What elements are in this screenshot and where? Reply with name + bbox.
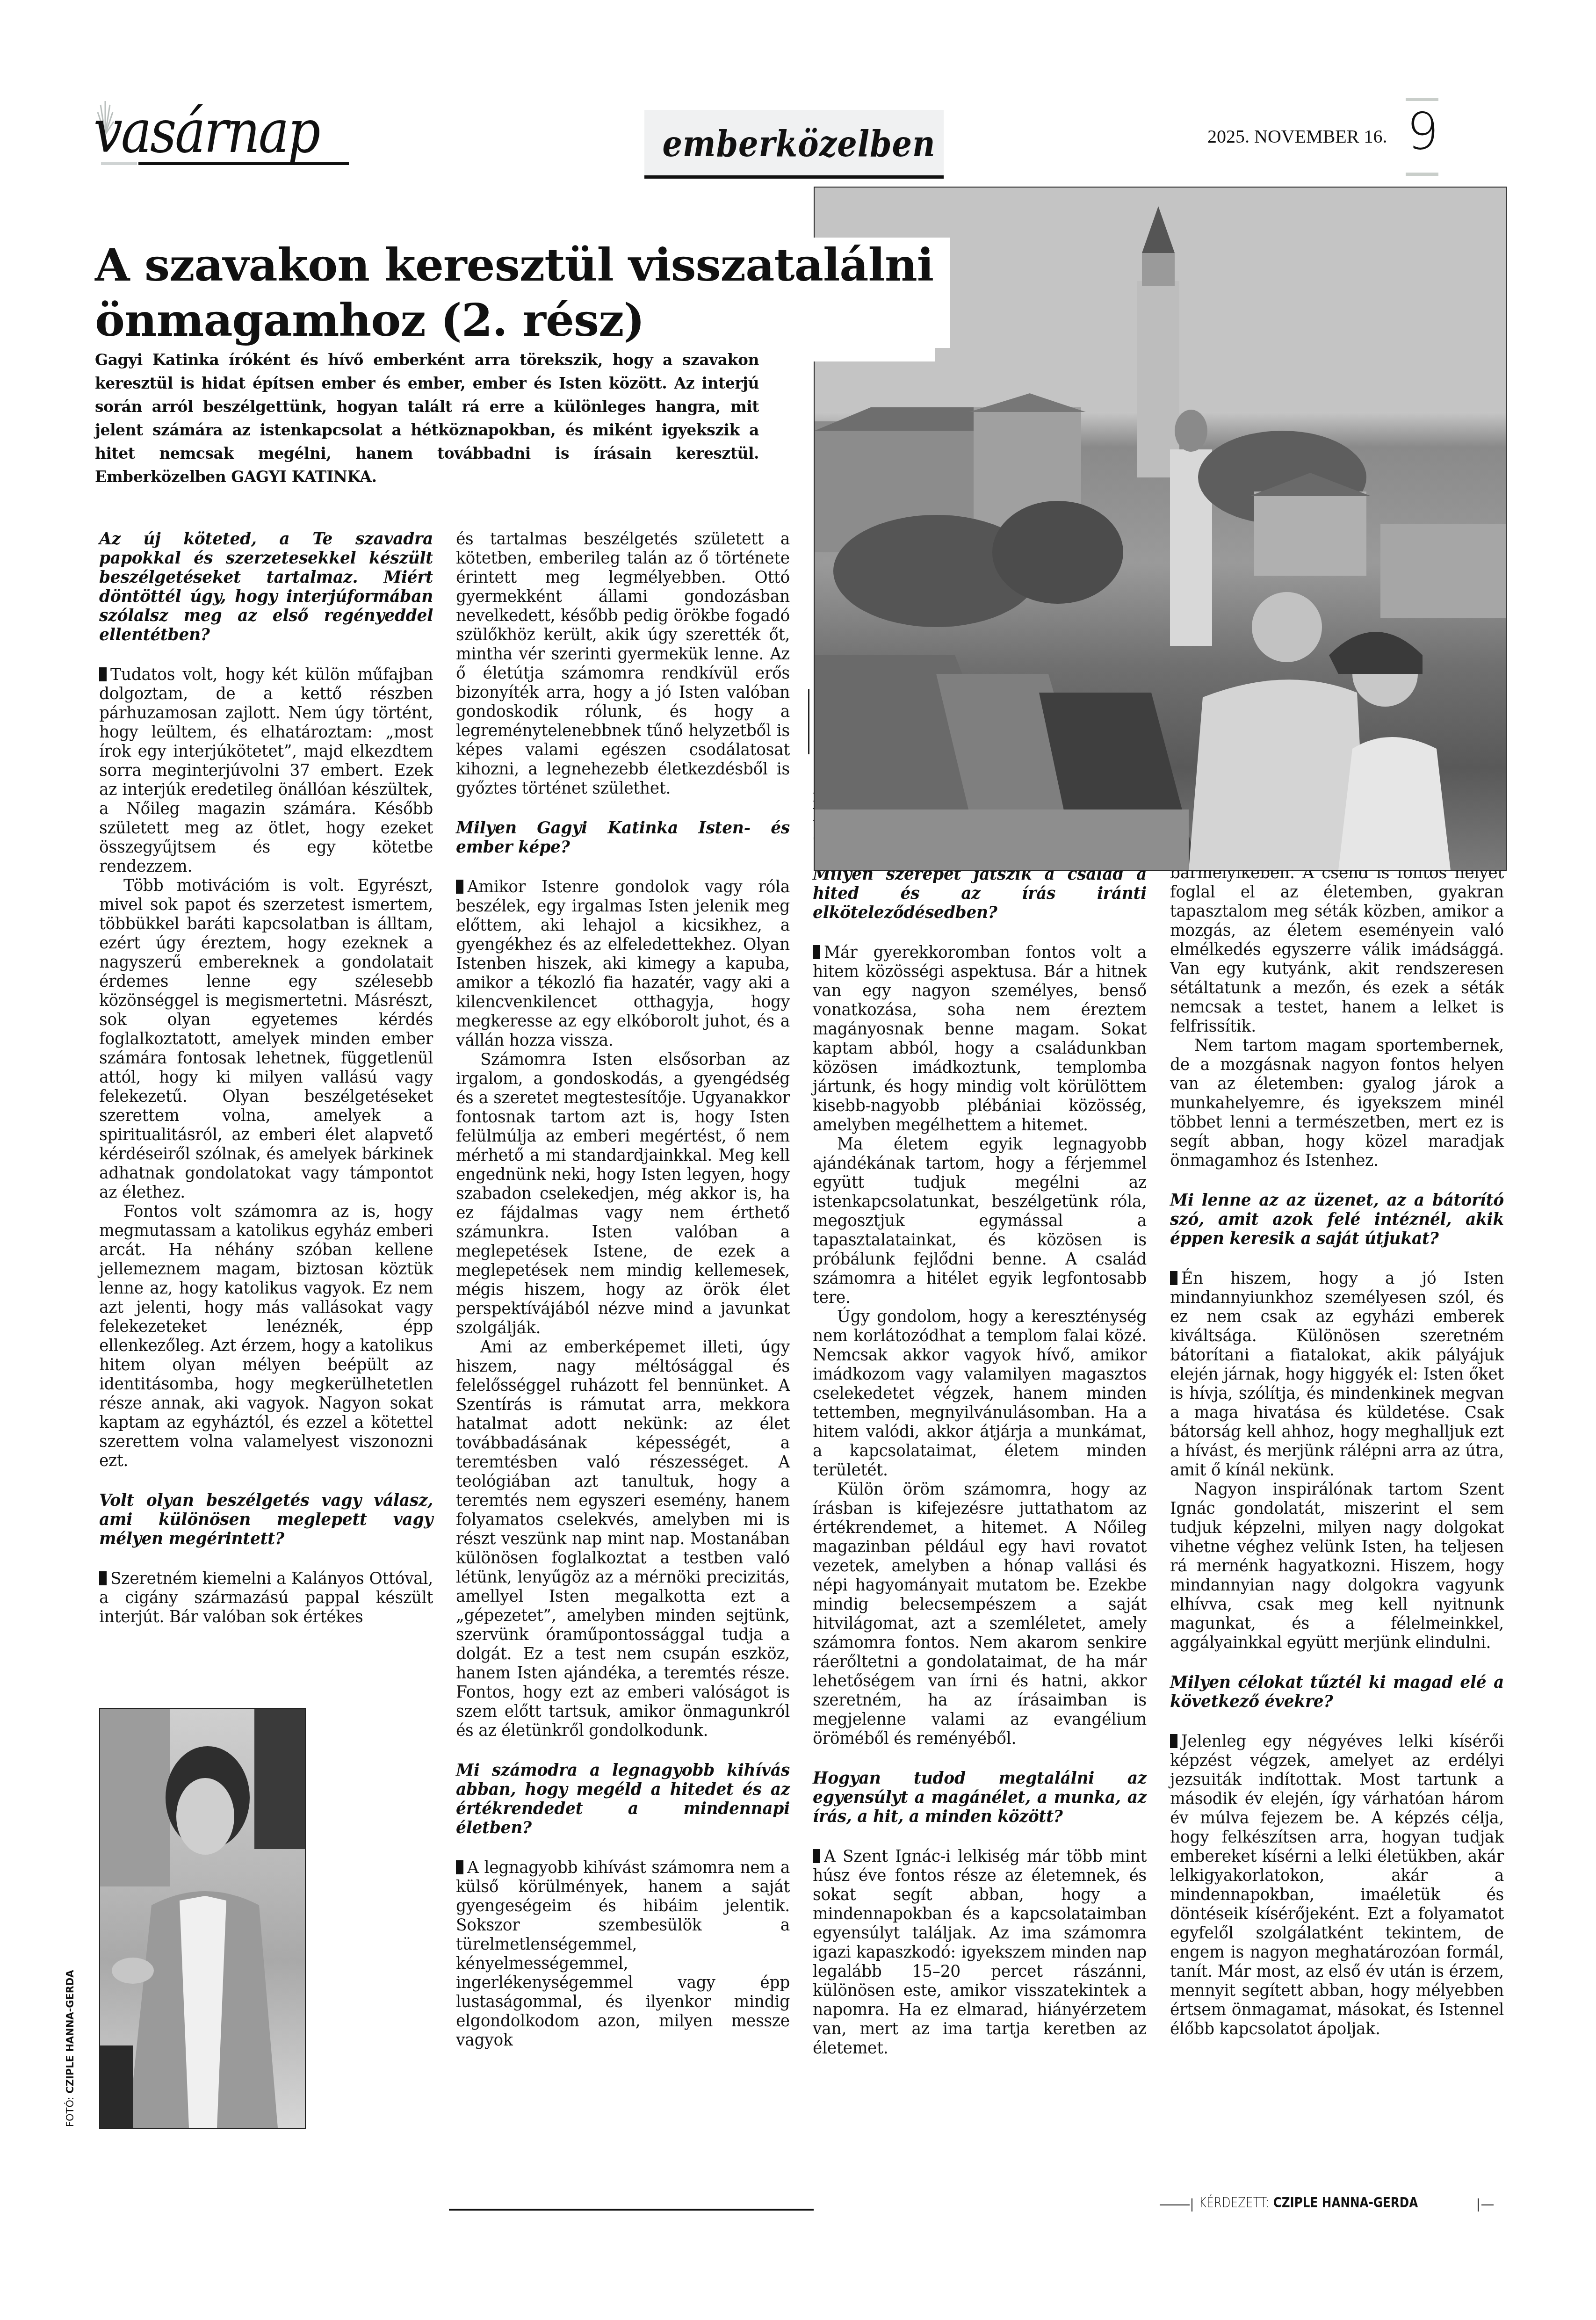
answer-text: Én hiszem, hogy a jó Isten mindannyiunkh… [1170, 1269, 1504, 1480]
article-column-2: és tartalmas beszélgetés született a köt… [456, 530, 790, 2050]
section-label: emberközelben [662, 123, 925, 165]
page-number-rule-bottom [1406, 173, 1438, 176]
interview-question: Hogyan tudod megtalálni az egyensúlyt a … [813, 1769, 1147, 1827]
page-number-rule-top [1406, 98, 1438, 101]
byline-label: KÉRDEZETT: [1199, 2195, 1270, 2211]
page-number: 9 [1407, 107, 1439, 157]
answer-marker-icon [456, 1860, 463, 1874]
answer-paragraph: Fontos volt számomra az is, hogy megmuta… [99, 1202, 433, 1471]
interview-question: Milyen szerepet játszik a család a hited… [813, 865, 1147, 923]
publication-logo: vasárnap [94, 102, 319, 162]
answer-marker-icon [99, 1571, 107, 1585]
article-lead: Gagyi Katinka íróként és hívő emberként … [95, 348, 759, 489]
answer-paragraph: Ma életem egyik legnagyobb ajándékának t… [813, 1135, 1147, 1308]
answer-paragraph: A Szent Ignác-i lelkiség már több mint h… [813, 1847, 1147, 2058]
masthead: vasárnap emberközelben 2025. NOVEMBER 16… [0, 0, 1596, 178]
article-headline: A szavakon keresztül visszatalálni önmag… [95, 238, 950, 348]
article-column-4: A Szent Ignác-i szemlélet arra tanít, ho… [1170, 787, 1504, 2039]
answer-marker-icon [1170, 1734, 1177, 1748]
answer-marker-icon [456, 880, 463, 894]
answer-paragraph: Én hiszem, hogy a jó Isten mindannyiunkh… [1170, 1269, 1504, 1480]
logo-underline [138, 162, 349, 165]
issue-date: 2025. NOVEMBER 16. [1207, 125, 1387, 147]
answer-paragraph: Szeretném kiemelni a Kalányos Ottóval, a… [99, 1569, 433, 1627]
interview-question: Mi lenne az az üzenet, az a bátorító szó… [1170, 1191, 1504, 1249]
interview-question: Volt olyan beszélgetés vagy válasz, ami … [99, 1491, 433, 1549]
answer-marker-icon [813, 945, 820, 959]
column-bottom-rule [449, 2209, 814, 2211]
answer-paragraph: Tudatos volt, hogy két külön műfajban do… [99, 665, 433, 876]
answer-text: A legnagyobb kihívást számomra nem a kül… [456, 1858, 790, 2050]
answer-paragraph: Jelenleg egy négyéves lelki kísérői képz… [1170, 1732, 1504, 2039]
answer-paragraph: Számomra Isten elsősorban az irgalom, a … [456, 1050, 790, 1338]
byline-rule-right [1481, 2204, 1494, 2205]
interview-question: Milyen Gagyi Katinka Isten- és ember kép… [456, 819, 790, 857]
answer-paragraph: Több motivációm is volt. Egyrészt, mivel… [99, 876, 433, 1202]
answer-marker-icon [1170, 1271, 1177, 1285]
byline-tick-left [1192, 2198, 1192, 2212]
byline-tick-right [1478, 2198, 1479, 2212]
byline-name: CZIPLE HANNA-GERDA [1273, 2195, 1418, 2211]
portrait-photo [99, 1708, 306, 2129]
article-column-3: még attól az ideáltól, amit magam elé ké… [813, 787, 1147, 2058]
photo-illustration [100, 1709, 305, 2128]
answer-text: Már gyerekkoromban fontos volt a hitem k… [813, 943, 1147, 1135]
answer-marker-icon [813, 1849, 820, 1863]
answer-paragraph: Ami az emberképemet illeti, úgy hiszem, … [456, 1338, 790, 1741]
article-column-1: Az új köteted, a Te szavadra papokkal és… [99, 530, 433, 1627]
interview-question: Mi számodra a legnagyobb kihívás abban, … [456, 1761, 790, 1838]
answer-marker-icon [99, 667, 107, 681]
interview-question: Milyen célokat tűztél ki magad elé a köv… [1170, 1673, 1504, 1712]
answer-paragraph: Amikor Istenre gondolok vagy róla beszél… [456, 878, 790, 1050]
answer-paragraph: Úgy gondolom, hogy a kereszténység nem k… [813, 1308, 1147, 1480]
byline-text: KÉRDEZETT: CZIPLE HANNA-GERDA [1199, 2195, 1418, 2211]
answer-text: Tudatos volt, hogy két külön műfajban do… [99, 665, 433, 876]
answer-paragraph: A legnagyobb kihívást számomra nem a kül… [456, 1858, 790, 2050]
photo-credit-name: CZIPLE HANNA-GERDA [65, 1970, 76, 2093]
interview-question: Az új köteted, a Te szavadra papokkal és… [99, 530, 433, 645]
answer-text: A Szent Ignác-i lelkiség már több mint h… [813, 1847, 1147, 2058]
byline: KÉRDEZETT: CZIPLE HANNA-GERDA [1160, 2195, 1524, 2213]
answer-text: Jelenleg egy négyéves lelki kísérői képz… [1170, 1732, 1504, 2038]
answer-paragraph: Már gyerekkoromban fontos volt a hitem k… [813, 943, 1147, 1135]
photo-credit: FOTÓ: CZIPLE HANNA-GERDA [65, 1970, 76, 2127]
answer-paragraph: Nem tartom magam sportembernek, de a moz… [1170, 1036, 1504, 1171]
answer-text: Szeretném kiemelni a Kalányos Ottóval, a… [99, 1569, 433, 1626]
answer-text: Amikor Istenre gondolok vagy róla beszél… [456, 878, 790, 1050]
logo-underline-accent [101, 162, 137, 165]
photo-credit-label: FOTÓ: [65, 2096, 76, 2127]
section-tag: emberközelben [644, 110, 944, 179]
answer-paragraph: és tartalmas beszélgetés született a köt… [456, 530, 790, 798]
answer-paragraph: Nagyon inspirálónak tartom Szent Ignác g… [1170, 1480, 1504, 1653]
byline-rule-left [1160, 2204, 1190, 2205]
answer-paragraph: Külön öröm számomra, hogy az írásban is … [813, 1480, 1147, 1749]
